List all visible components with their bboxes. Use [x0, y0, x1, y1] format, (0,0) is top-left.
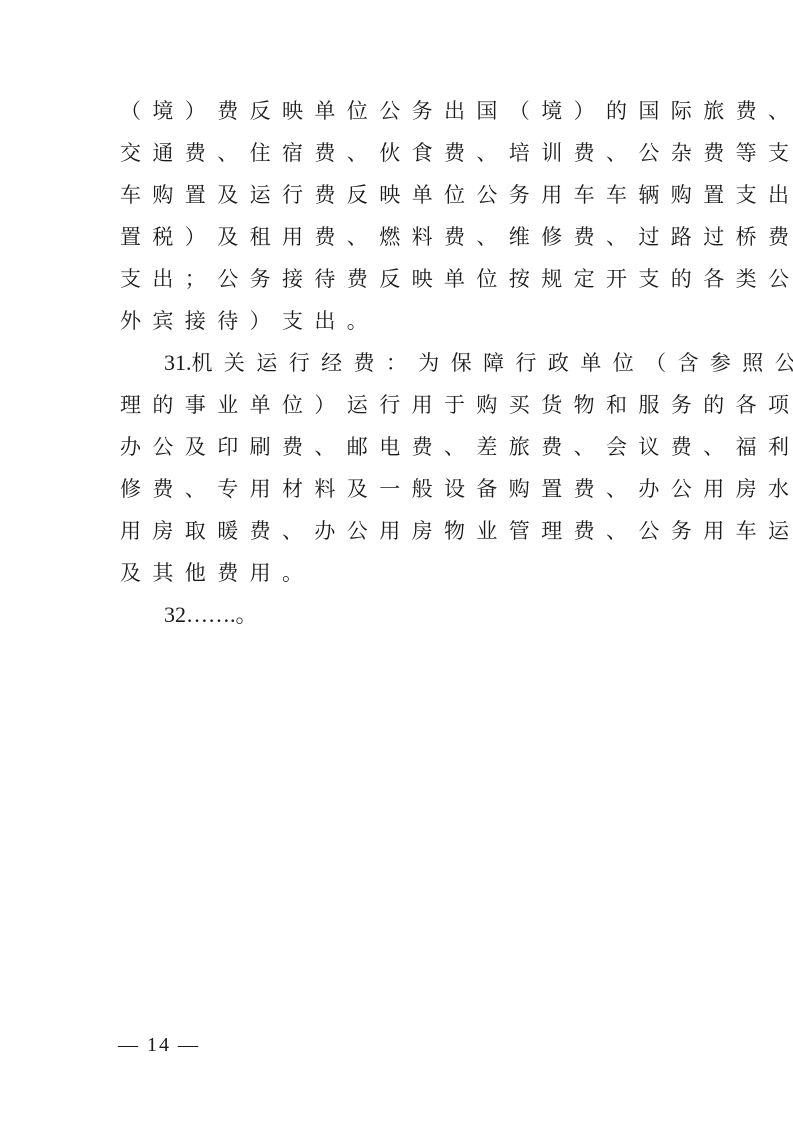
item-31-line: 及其他费用。: [120, 558, 700, 600]
item-31-number: 31.: [164, 350, 192, 375]
item-31-line: 修费、专用材料及一般设备购置费、办公用房水电费、办公: [120, 474, 700, 516]
item-31-line: 办公及印刷费、邮电费、差旅费、会议费、福利费、日常维: [120, 432, 700, 474]
item-31-heading-line: 31.机关运行经费：为保障行政单位（含参照公务员法管: [120, 348, 700, 390]
paragraph-line: 外宾接待）支出。: [120, 306, 700, 348]
item-32-text: …….。: [186, 602, 258, 627]
item-32-number: 32: [164, 602, 186, 627]
page-number: — 14 —: [118, 1034, 200, 1057]
item-32-line: 32…….。: [120, 600, 700, 642]
document-page: （境）费反映单位公务出国（境）的国际旅费、国外城市间 交通费、住宿费、伙食费、培…: [0, 0, 793, 1122]
item-31-first-line: 机关运行经费：为保障行政单位（含参照公务员法管: [192, 351, 793, 375]
paragraph-line: 置税）及租用费、燃料费、维修费、过路过桥费、保险费等: [120, 222, 700, 264]
paragraph-line: 交通费、住宿费、伙食费、培训费、公杂费等支出；公务用: [120, 138, 700, 180]
paragraph-line: （境）费反映单位公务出国（境）的国际旅费、国外城市间: [120, 96, 700, 138]
document-body: （境）费反映单位公务出国（境）的国际旅费、国外城市间 交通费、住宿费、伙食费、培…: [120, 96, 700, 642]
item-31-line: 用房取暖费、办公用房物业管理费、公务用车运行维护费以: [120, 516, 700, 558]
item-31-line: 理的事业单位）运行用于购买货物和服务的各项资金，包括: [120, 390, 700, 432]
paragraph-line: 车购置及运行费反映单位公务用车车辆购置支出（含车辆购: [120, 180, 700, 222]
paragraph-line: 支出；公务接待费反映单位按规定开支的各类公务接待（含: [120, 264, 700, 306]
